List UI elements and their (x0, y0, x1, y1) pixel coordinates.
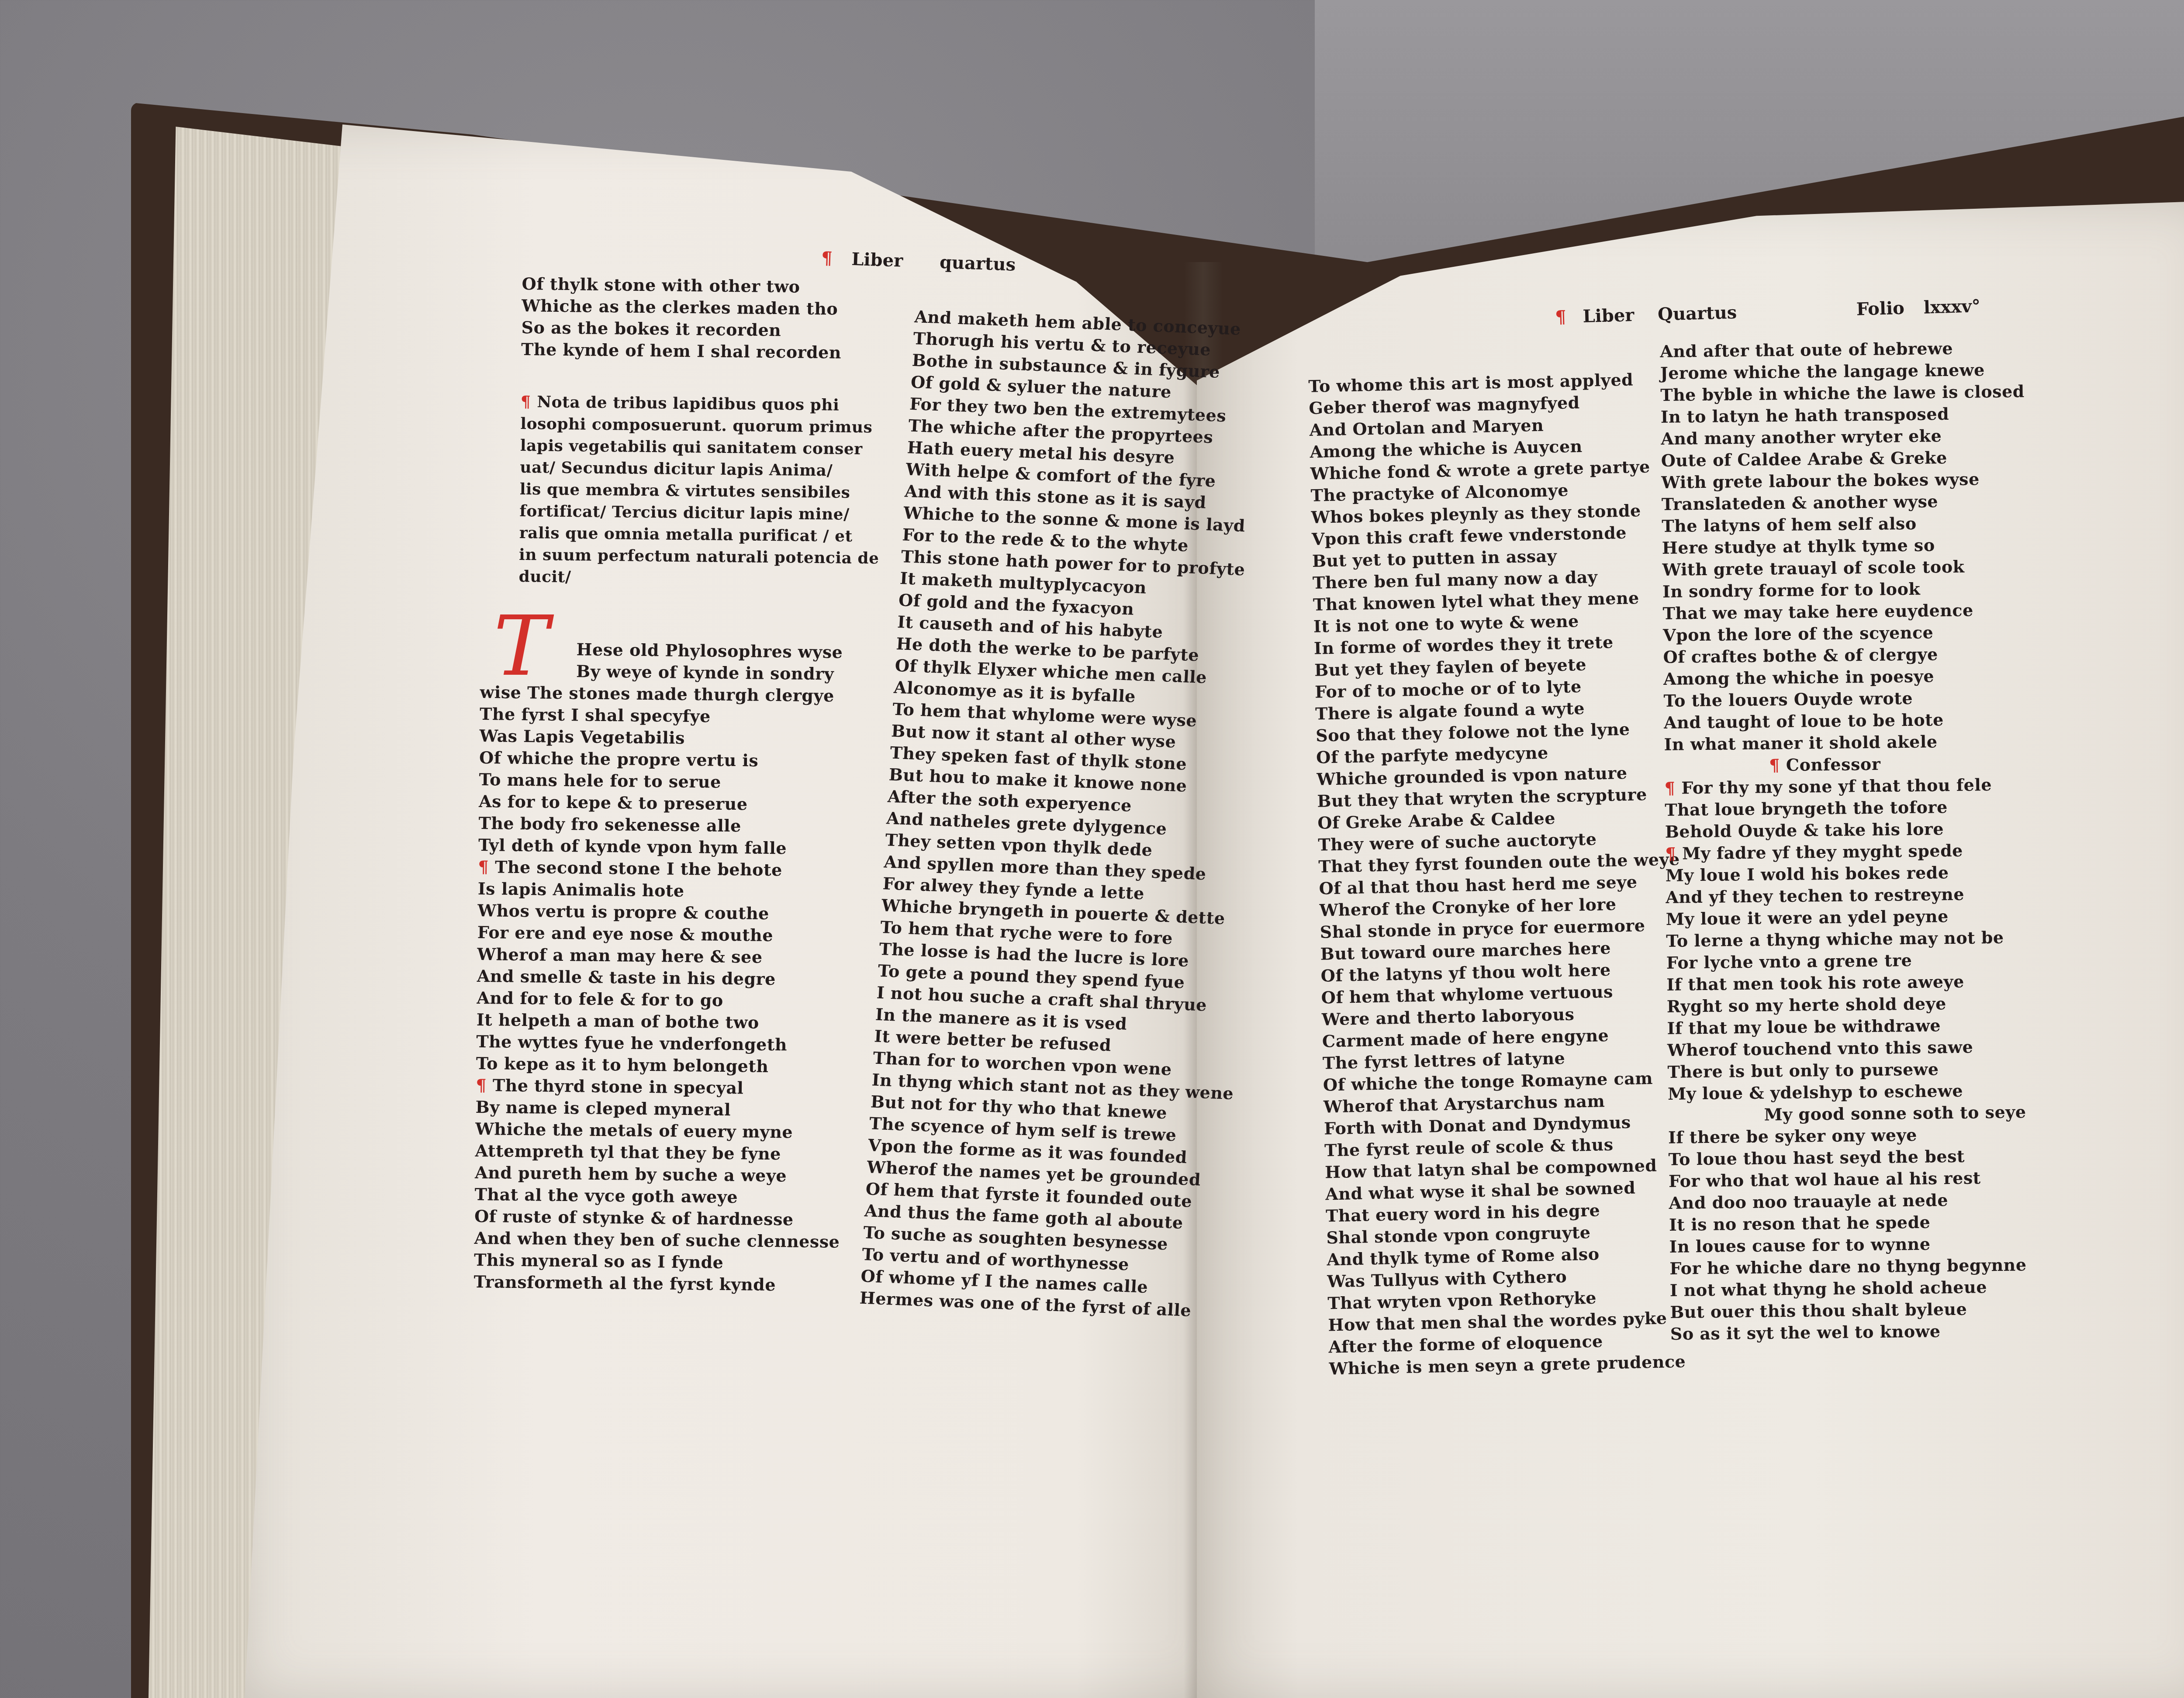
line-text: lis que membra & virtutes sensibiles (520, 480, 850, 502)
verse-line: ¶For thy my sone yf that thou fele (1664, 773, 2028, 799)
verse-lines: To whome this art is most applyedGeber t… (1308, 368, 1690, 1380)
verse-line: With grete labour the bokes wyse (1661, 468, 2025, 494)
line-text: The byble in whiche the lawe is closed (1660, 381, 2025, 405)
verse-line: That we may take here euydence (1662, 599, 2027, 625)
line-text: That we may take here euydence (1662, 601, 1973, 623)
verse-line: Was Lapis Vegetabilis (479, 725, 845, 751)
line-text: Of Greke Arabe & Caldee (1317, 808, 1555, 832)
verse-line: And smelle & taste in his degre (477, 965, 843, 991)
line-text: Of craftes bothe & of clergye (1663, 644, 1938, 667)
line-text: For thy my sone yf that thou fele (1681, 775, 1992, 797)
line-text: Wherof touchend vnto this sawe (1667, 1037, 1973, 1060)
pilcrow-icon: ¶ (1664, 778, 1675, 798)
verse-line: If that my loue be withdrawe (1667, 1014, 2031, 1039)
verse-line: If there be syker ony weye (1668, 1123, 2032, 1149)
line-text: The kynde of hem I shal recorden (521, 339, 841, 362)
verse-line: So as it syt the wel to knowe (1670, 1319, 2035, 1345)
line-text: Oute of Caldee Arabe & Greke (1661, 448, 1947, 470)
verse-line: In loues cause for to wynne (1669, 1232, 2033, 1258)
line-text: In loues cause for to wynne (1669, 1234, 1930, 1256)
line-text: ducit/ (519, 567, 571, 586)
verse-line: It is no reson that he spede (1669, 1210, 2033, 1236)
line-text: So as the bokes it recorden (521, 318, 781, 340)
line-text: Whos vertu is propre & couthe (477, 901, 769, 923)
verse-line: My good sonne soth to seye (1668, 1101, 2032, 1127)
line-text: The wyttes fyue he vnderfongeth (476, 1032, 787, 1054)
line-text: To lerne a thyng whiche may not be (1666, 928, 2004, 951)
verse-line: Among the whiche in poesye (1663, 664, 2028, 690)
line-text: Behold Ouyde & take his lore (1665, 819, 1944, 842)
line-text: The second stone I the behote (495, 857, 782, 880)
line-text: Of whiche the propre vertu is (479, 748, 759, 770)
verse-line: Of craftes bothe & of clergye (1663, 642, 2027, 668)
line-text: The fyrst lettres of latyne (1323, 1048, 1565, 1073)
left-column-2: And maketh hem able to conceyueThorugh h… (859, 306, 1277, 1323)
line-text: I not what thyng he shold acheue (1670, 1277, 1987, 1300)
line-text: Were and therto laboryous (1321, 1004, 1575, 1029)
verse-line: To mans hele for to serue (479, 769, 844, 794)
verse-line: And for to fele & for to go (477, 987, 842, 1013)
line-text: Is lapis Animalis hote (478, 879, 684, 901)
verse-line: And when they ben of suche clennesse (474, 1227, 840, 1253)
pilcrow-icon: ¶ (476, 1075, 487, 1095)
verse-line: That al the vyce goth aweye (474, 1184, 840, 1209)
verse-line: And many another wryter eke (1661, 424, 2025, 450)
verse-line: Ryght so my herte shold deye (1667, 992, 2031, 1018)
line-text: And when they ben of suche clennesse (474, 1228, 840, 1252)
left-column-1-verse: Hese old Phylosophres wyseBy weye of kyn… (473, 638, 846, 1297)
verse-line: In what maner it shold akele (1664, 730, 2028, 756)
line-text: In to latyn he hath transposed (1661, 404, 1949, 427)
line-text: Was Tullyus with Cythero (1327, 1267, 1567, 1291)
line-text: Tyl deth of kynde vpon hym falle (478, 835, 787, 858)
line-text: By name is cleped myneral (476, 1097, 731, 1119)
line-text: fortificat/ Tercius dicitur lapis mine/ (519, 502, 850, 524)
pilcrow-icon: ¶ (1769, 755, 1780, 775)
verse-line: To the louers Ouyde wrote (1663, 686, 2028, 712)
verse-line: lis que membra & virtutes sensibiles (520, 478, 880, 504)
line-text: Jerome whiche the langage knewe (1660, 360, 1985, 383)
folio-number: lxxxv° (1923, 296, 1980, 318)
line-text: Hese old Phylosophres wyse (576, 639, 843, 662)
running-head-liber: Liber (1583, 305, 1635, 327)
pilcrow-icon: ¶ (1555, 307, 1567, 328)
line-text: Here studye at thylk tyme so (1662, 535, 1935, 558)
verse-line: My loue it were an ydel peyne (1666, 904, 2030, 930)
verse-line: But ouer this thou shalt byleue (1670, 1298, 2034, 1323)
verse-line: There is but only to pursewe (1667, 1057, 2032, 1083)
line-text: There is but only to pursewe (1667, 1059, 1939, 1082)
verse-lines: And after that oute of hebreweJerome whi… (1660, 337, 2035, 1345)
verse-line: Oute of Caldee Arabe & Greke (1661, 446, 2025, 472)
line-text: In sondry forme for to look (1662, 579, 1921, 601)
line-text: My fadre yf they myght spede (1682, 841, 1963, 863)
verse-line: lapis vegetabilis qui sanitatem conser (520, 435, 881, 460)
verse-line: Translateden & another wyse (1662, 490, 2026, 515)
line-text: If there be syker ony weye (1668, 1125, 1917, 1147)
line-text: And doo noo trauayle at nede (1669, 1190, 1948, 1213)
verse-line: ¶My fadre yf they myght spede (1665, 839, 2029, 865)
folio-label: Folio (1856, 298, 1904, 320)
verse-line: And taught of loue to be hote (1664, 708, 2028, 734)
line-text: Attempreth tyl that they be fyne (475, 1141, 781, 1163)
right-column-1: To whome this art is most applyedGeber t… (1308, 368, 1690, 1380)
verse-line: The wyttes fyue he vnderfongeth (476, 1031, 842, 1056)
pilcrow-icon: ¶ (821, 248, 833, 269)
verse-line: ¶Nota de tribus lapidibus quos phi (521, 391, 881, 417)
line-text: If that my loue be withdrawe (1667, 1015, 1941, 1038)
pilcrow-icon: ¶ (521, 393, 531, 411)
line-text: ralis que omnia metalla purificat / et (519, 524, 853, 545)
line-text: For lyche vnto a grene tre (1666, 950, 1912, 973)
line-text: Of ruste of stynke & of hardnesse (474, 1206, 794, 1229)
line-text: If that men took his rote aweye (1666, 972, 1964, 994)
verse-line: The fyrst I shal specyfye (480, 703, 845, 729)
line-text: That al the vyce goth aweye (474, 1184, 738, 1207)
line-text: uat/ Secundus dicitur lapis Anima/ (520, 458, 833, 480)
line-text: This myneral so as I fynde (474, 1250, 724, 1272)
line-text: For who that wol haue al his rest (1669, 1168, 1981, 1191)
verse-line: Whos vertu is propre & couthe (477, 900, 843, 925)
verse-line: Tyl deth of kynde vpon hym falle (478, 834, 844, 860)
line-text: Wherof a man may here & see (477, 944, 763, 967)
line-text: The body fro sekenesse alle (478, 813, 741, 835)
verse-line: In to latyn he hath transposed (1661, 402, 2025, 428)
verse-line: Transformeth al the fyrst kynde (473, 1271, 839, 1297)
verse-line: in suum perfectum naturali potencia de (519, 544, 879, 569)
verse-line: It helpeth a man of bothe two (477, 1009, 842, 1035)
line-text: wise The stones made thurgh clergye (480, 682, 834, 705)
verse-line: By name is cleped myneral (475, 1096, 841, 1122)
line-text: And many another wryter eke (1661, 426, 1942, 449)
line-text: Of the parfyte medycyne (1316, 743, 1548, 767)
verse-line: This myneral so as I fynde (474, 1249, 840, 1275)
line-text: Nota de tribus lapidibus quos phi (537, 393, 839, 414)
line-text: With grete labour the bokes wyse (1661, 469, 1980, 492)
line-text: Carment made of here engyne (1322, 1025, 1609, 1051)
right-column-2: And after that oute of hebreweJerome whi… (1660, 337, 2035, 1345)
verse-line: Vpon the lore of the scyence (1663, 621, 2027, 646)
line-text: The latyns of hem self also (1662, 514, 1917, 536)
line-text: And Ortolan and Maryen (1309, 415, 1544, 440)
verse-line: Whiche as the clerkes maden tho (522, 295, 882, 321)
verse-line: If that men took his rote aweye (1666, 970, 2031, 996)
line-text: My loue & ydelshyp to eschewe (1668, 1081, 1963, 1104)
verse-line: Whiche the metals of euery myne (475, 1118, 841, 1144)
verse-line: fortificat/ Tercius dicitur lapis mine/ (519, 500, 880, 526)
verse-line: To loue thou hast seyd the best (1668, 1145, 2032, 1170)
line-text: Whiche as the clerkes maden tho (522, 296, 838, 319)
line-text: So as it syt the wel to knowe (1670, 1321, 1941, 1343)
running-head-quartus: Quartus (1658, 302, 1737, 325)
verse-line: By weye of kynde in sondry (480, 659, 846, 685)
line-text: Was Lapis Vegetabilis (479, 726, 685, 748)
verse-line: The latyns of hem self also (1662, 511, 2026, 537)
line-text: In what maner it shold akele (1664, 732, 1937, 754)
line-text: And yf they techen to restreyne (1666, 884, 1964, 907)
running-head-liber: Liber (851, 249, 903, 271)
line-text: By weye of kynde in sondry (576, 661, 834, 683)
verse-line: And pureth hem by suche a weye (475, 1162, 840, 1187)
verse-line: In sondry forme for to look (1662, 577, 2027, 603)
pilcrow-icon: ¶ (1665, 844, 1676, 863)
line-text: To kepe as it to hym belongeth (476, 1053, 769, 1076)
line-text: For he whiche dare no thyng begynne (1669, 1255, 2027, 1278)
line-text: But ouer this thou shalt byleue (1670, 1299, 1967, 1322)
line-text: My loue I wold his bokes rede (1666, 863, 1949, 885)
line-text: My loue it were an ydel peyne (1666, 906, 1949, 929)
verse-line: Of thylk stone with other two (522, 273, 882, 299)
verse-lines: Hese old Phylosophres wyseBy weye of kyn… (473, 638, 846, 1297)
line-text: The thyrd stone in specyal (493, 1075, 744, 1097)
line-text: Among the whiche in poesye (1663, 666, 1934, 688)
verse-line: My loue I wold his bokes rede (1666, 861, 2030, 887)
line-text: in suum perfectum naturali potencia de (519, 545, 879, 568)
line-text: And after that oute of hebrewe (1660, 338, 1953, 361)
opening-verse: Of thylk stone with other twoWhiche as t… (521, 273, 882, 364)
section-heading: ¶Confessor (1664, 752, 2028, 777)
running-head-quartus: quartus (939, 252, 1016, 275)
line-text: And for to fele & for to go (477, 988, 723, 1010)
line-text: The fyrst I shal specyfye (480, 704, 711, 726)
verse-line: To lerne a thyng whiche may not be (1666, 926, 2030, 952)
left-column-1: Of thylk stone with other twoWhiche as t… (518, 273, 882, 591)
verse-line: To kepe as it to hym belongeth (476, 1053, 842, 1078)
verse-line: My loue & ydelshyp to eschewe (1668, 1079, 2032, 1105)
line-text: To loue thou hast seyd the best (1668, 1146, 1965, 1169)
verse-line: Behold Ouyde & take his lore (1665, 817, 2029, 843)
verse-line: For ere and eye nose & mouthe (477, 921, 843, 947)
line-text: Confessor (1786, 754, 1881, 775)
line-text: To mans hele for to serue (479, 770, 721, 792)
line-text: Transformeth al the fyrst kynde (473, 1272, 776, 1294)
line-text: For ere and eye nose & mouthe (477, 922, 774, 945)
verse-line: And doo noo trauayle at nede (1669, 1188, 2033, 1214)
verse-line: With grete trauayl of scole took (1662, 555, 2026, 581)
line-text: And taught of loue to be hote (1664, 710, 1944, 732)
latin-marginal-note: ¶Nota de tribus lapidibus quos philosoph… (518, 391, 881, 591)
line-text: To the louers Ouyde wrote (1663, 688, 1913, 711)
line-text: lapis vegetabilis qui sanitatem conser (520, 436, 863, 458)
verse-line: Attempreth tyl that they be fyne (475, 1140, 840, 1166)
line-text: But yet to putten in assay (1312, 546, 1557, 571)
verse-line: Wherof a man may here & see (477, 943, 843, 969)
verse-line: So as the bokes it recorden (521, 317, 881, 342)
line-text: My good sonne soth to seye (1764, 1102, 2026, 1124)
line-text: It helpeth a man of bothe two (477, 1010, 759, 1032)
pilcrow-icon: ¶ (478, 857, 489, 877)
verse-line: Is lapis Animalis hote (478, 878, 843, 904)
line-text: Ryght so my herte shold deye (1667, 994, 1946, 1016)
verse-line: For lyche vnto a grene tre (1666, 948, 2031, 974)
line-text: Vpon the lore of the scyence (1663, 622, 1934, 645)
verse-line: For who that wol haue al his rest (1669, 1167, 2033, 1192)
verse-line: Of whiche the propre vertu is (479, 747, 845, 773)
line-text: That loue bryngeth the tofore (1665, 797, 1948, 820)
verse-line: The body fro sekenesse alle (478, 812, 844, 838)
line-text: Whiche the metals of euery myne (475, 1119, 793, 1142)
verse-line: That loue bryngeth the tofore (1665, 795, 2029, 821)
verse-line: ¶The second stone I the behote (478, 856, 843, 882)
line-text: And pureth hem by suche a weye (475, 1163, 787, 1185)
verse-line: ducit/ (518, 566, 879, 591)
verse-line: Jerome whiche the langage knewe (1660, 359, 2025, 384)
verse-line: As for to kepe & to preserue (479, 790, 844, 816)
verse-line: I not what thyng he shold acheue (1670, 1276, 2034, 1301)
line-text: It is no reson that he spede (1669, 1212, 1931, 1235)
verse-line: Hese old Phylosophres wyse (480, 638, 846, 663)
verse-lines: And maketh hem able to conceyueThorugh h… (859, 306, 1277, 1323)
line-text: Translateden & another wyse (1662, 491, 1939, 514)
line-text: The practyke of Alconomye (1310, 480, 1569, 505)
line-text: Of thylk stone with other two (522, 274, 800, 297)
verse-line: Here studye at thylk tyme so (1662, 533, 2026, 559)
verse-line: Wherof touchend vnto this sawe (1667, 1035, 2032, 1061)
verse-line: The kynde of hem I shal recorden (521, 338, 881, 364)
verse-line: Of ruste of stynke & of hardnesse (474, 1205, 840, 1231)
line-text: And smelle & taste in his degre (477, 966, 776, 989)
verse-line: For he whiche dare no thyng begynne (1669, 1254, 2034, 1280)
verse-line: ¶The thyrd stone in specyal (476, 1074, 841, 1100)
verse-line: losophi composuerunt. quorum primus (520, 413, 881, 438)
verse-line: The byble in whiche the lawe is closed (1660, 380, 2025, 406)
line-text: As for to kepe & to preserue (479, 791, 748, 814)
line-text: losophi composuerunt. quorum primus (520, 414, 872, 436)
line-text: With grete trauayl of scole took (1662, 557, 1964, 580)
verse-line: And yf they techen to restreyne (1666, 883, 2030, 908)
verse-line: wise The stones made thurgh clergye (480, 681, 845, 707)
verse-line: And after that oute of hebrewe (1660, 337, 2024, 362)
verse-line: ralis que omnia metalla purificat / et (519, 522, 880, 548)
verse-line: uat/ Secundus dicitur lapis Anima/ (520, 456, 880, 482)
